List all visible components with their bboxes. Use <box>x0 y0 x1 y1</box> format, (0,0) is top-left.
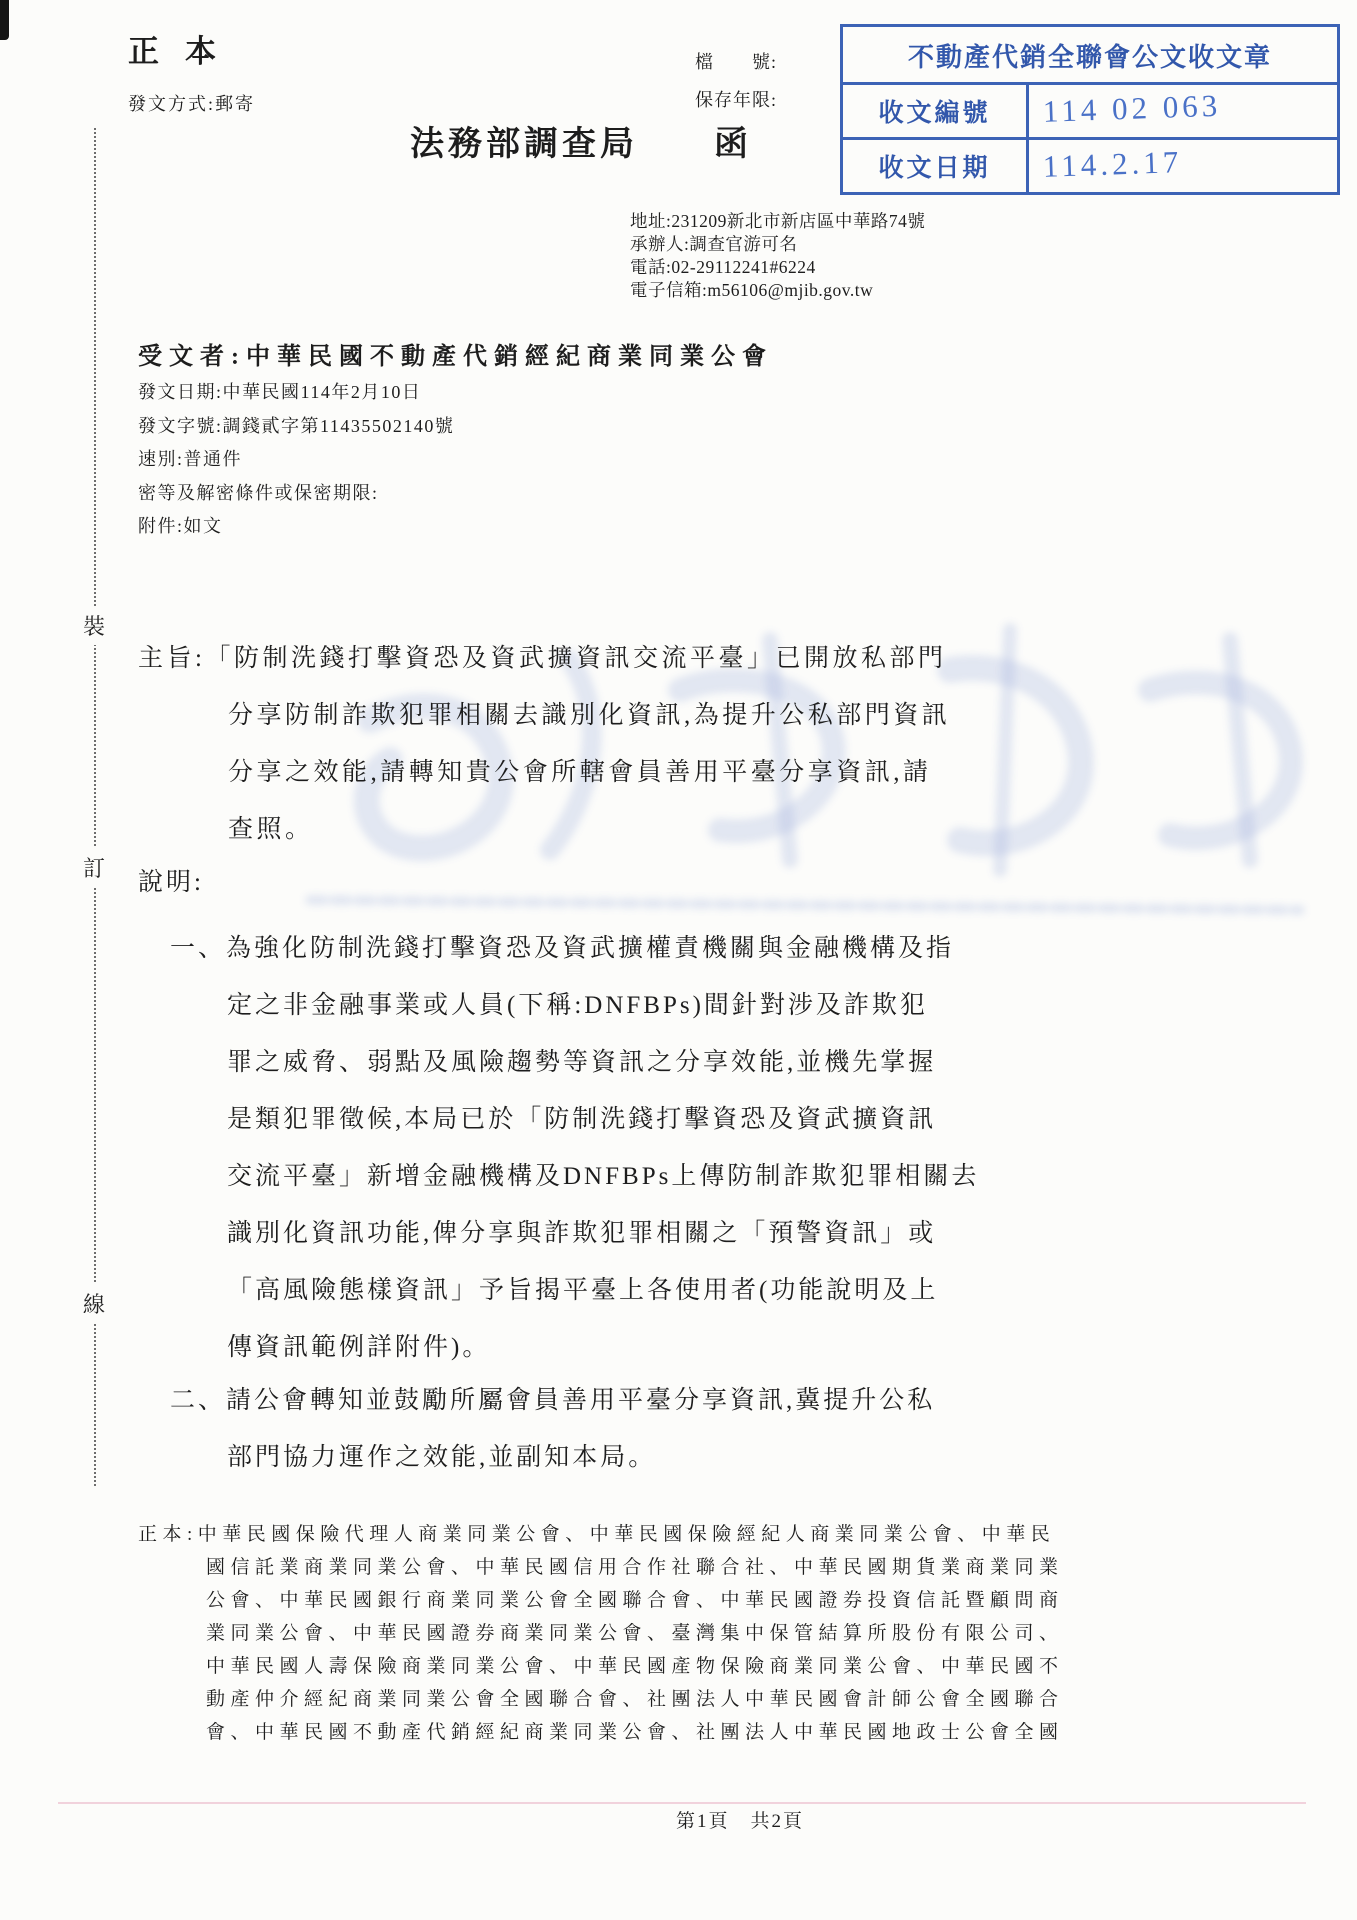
receipt-date-value: 114.2.17 <box>1028 135 1338 198</box>
subject-paragraph: 主旨:「防制洗錢打擊資恐及資武擴資訊交流平臺」已開放私部門 分享防制詐欺犯罪相關… <box>138 630 1148 858</box>
receipt-date-row: 收文日期 114.2.17 <box>843 140 1337 192</box>
binding-margin-char-zhuang: 裝 <box>70 606 118 645</box>
page-number: 第1頁 共2頁 <box>676 1806 804 1833</box>
explanation-label: 說明: <box>138 862 204 898</box>
receipt-number-label: 收文編號 <box>843 85 1029 137</box>
agency-contact-info: 地址:231209新北市新店區中華路74號 承辦人:調查官游可名 電話:02-2… <box>630 210 925 302</box>
send-method-label: 發文方式:郵寄 <box>128 90 255 116</box>
receipt-number-value: 114 02 063 <box>1028 80 1338 143</box>
binding-margin-char-ding: 訂 <box>70 848 118 887</box>
copy-type-label: 正本 <box>128 26 242 71</box>
receipt-stamp-title: 不動產代銷全聯會公文收文章 <box>843 27 1337 85</box>
original-copies-list: 正本:中華民國保險代理人商業同業公會、中華民國保險經紀人商業同業公會、中華民 國… <box>138 1518 1166 1749</box>
explanation-item-one: 一、為強化防制洗錢打擊資恐及資武擴權責機關與金融機構及指 定之非金融事業或人員(… <box>170 920 1107 1376</box>
receipt-number-row: 收文編號 114 02 063 <box>843 85 1337 140</box>
retention-period-label: 保存年限: <box>695 86 777 112</box>
receipt-date-label: 收文日期 <box>843 140 1029 192</box>
scan-corner-artifact <box>0 0 9 40</box>
document-title: 法務部調查局 函 <box>410 116 752 165</box>
footer-separator-line <box>58 1802 1306 1804</box>
file-number-label: 檔 號: <box>695 48 777 74</box>
binding-dotted-line <box>94 128 96 1486</box>
explanation-item-two: 二、請公會轉知並鼓勵所屬會員善用平臺分享資訊,冀提升公私 部門協力運作之效能,並… <box>170 1372 1107 1486</box>
scanned-official-letter: 正本 發文方式:郵寄 檔 號: 保存年限: 法務部調查局 函 不動產代銷全聯會公… <box>0 0 1357 1920</box>
receipt-stamp-box: 不動產代銷全聯會公文收文章 收文編號 114 02 063 收文日期 114.2… <box>840 24 1340 195</box>
recipient-line: 受文者:中華民國不動產代銷經紀商業同業公會 <box>138 336 773 371</box>
binding-margin-char-xian: 線 <box>70 1284 118 1323</box>
document-meta-lines: 發文日期:中華民國114年2月10日 發文字號:調錢貳字第11435502140… <box>138 376 454 544</box>
